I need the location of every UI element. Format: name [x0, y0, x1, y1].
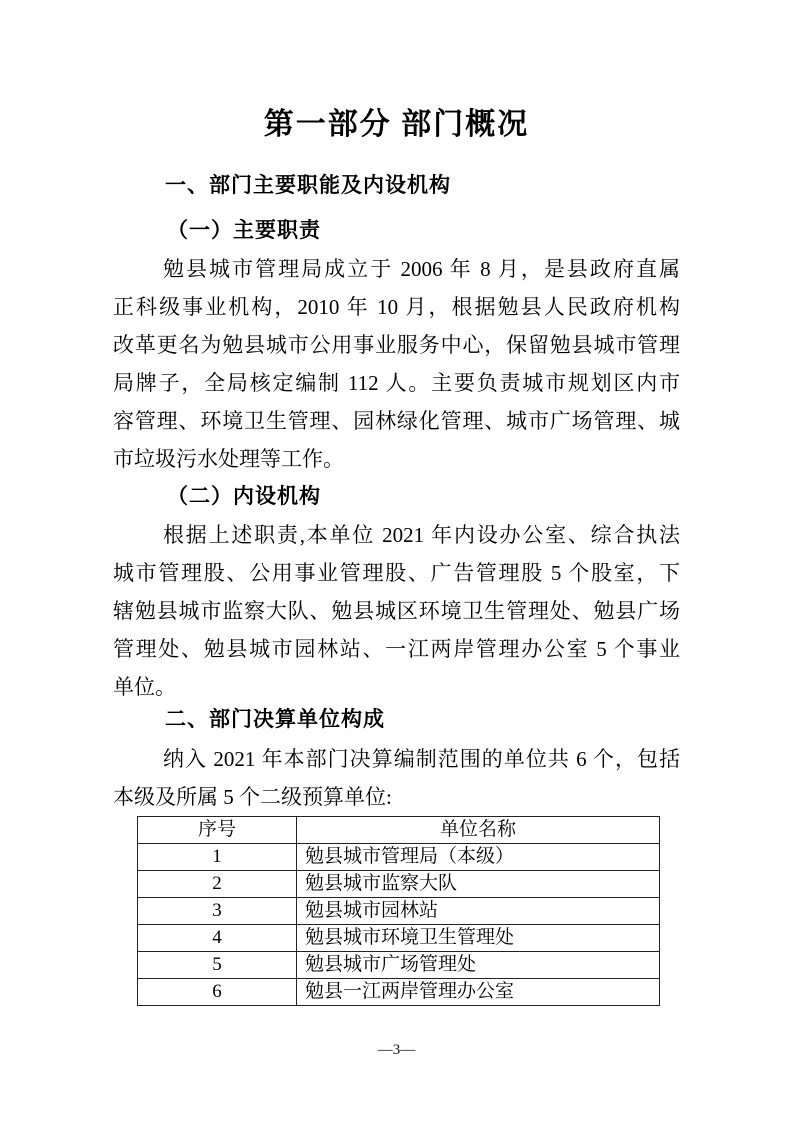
row-number-cell: 2 [138, 871, 297, 898]
document-page: 第一部分 部门概况 一、部门主要职能及内设机构 （一）主要职责 勉县城市管理局成… [0, 0, 793, 1122]
row-number-cell: 5 [138, 952, 297, 979]
units-table: 序号 单位名称 1 勉县城市管理局（本级） 2 勉县城市监察大队 3 勉县城市园… [137, 816, 660, 1006]
section-heading-2: 二、部门决算单位构成 [113, 706, 680, 734]
unit-name-cell: 勉县城市管理局（本级） [297, 844, 660, 871]
paragraph-line: 容管理、环境卫生管理、园林绿化管理、城市广场管理、城 [113, 402, 680, 440]
paragraph-line: 勉县城市管理局成立于 2006 年 8 月，是县政府直属 [113, 250, 680, 288]
table-row: 3 勉县城市园林站 [138, 898, 660, 925]
table-row: 4 勉县城市环境卫生管理处 [138, 925, 660, 952]
row-number-cell: 4 [138, 925, 297, 952]
table-header-row: 序号 单位名称 [138, 817, 660, 844]
paragraph-line: 本级及所属 5 个二级预算单位: [113, 778, 680, 816]
unit-name-cell: 勉县城市园林站 [297, 898, 660, 925]
table-header-unit-name: 单位名称 [297, 817, 660, 844]
paragraph-line: 正科级事业机构，2010 年 10 月，根据勉县人民政府机构 [113, 288, 680, 326]
paragraph-line: 市垃圾污水处理等工作。 [113, 440, 680, 478]
unit-name-cell: 勉县城市环境卫生管理处 [297, 925, 660, 952]
paragraph-line: 改革更名为勉县城市公用事业服务中心，保留勉县城市管理 [113, 326, 680, 364]
row-number-cell: 6 [138, 979, 297, 1006]
paragraph-budget-units: 纳入 2021 年本部门决算编制范围的单位共 6 个，包括 本级及所属 5 个二… [113, 740, 680, 816]
unit-name-cell: 勉县城市监察大队 [297, 871, 660, 898]
paragraph-line: 根据上述职责,本单位 2021 年内设办公室、综合执法股、 [113, 516, 680, 554]
page-number: —3— [0, 1042, 793, 1059]
paragraph-line: 辖勉县城市监察大队、勉县城区环境卫生管理处、勉县广场 [113, 592, 680, 630]
paragraph-line: 单位。 [113, 668, 680, 706]
unit-name-cell: 勉县城市广场管理处 [297, 952, 660, 979]
table-row: 6 勉县一江两岸管理办公室 [138, 979, 660, 1006]
paragraph-internal-orgs: 根据上述职责,本单位 2021 年内设办公室、综合执法股、 城市管理股、公用事业… [113, 516, 680, 706]
table-header-serial: 序号 [138, 817, 297, 844]
row-number-cell: 1 [138, 844, 297, 871]
paragraph-line: 管理处、勉县城市园林站、一江两岸管理办公室 5 个事业 [113, 630, 680, 668]
paragraph-line: 城市管理股、公用事业管理股、广告管理股 5 个股室，下 [113, 554, 680, 592]
page-title: 第一部分 部门概况 [113, 106, 680, 144]
unit-name-cell: 勉县一江两岸管理办公室 [297, 979, 660, 1006]
subsection-heading-1-1: （一）主要职责 [113, 216, 680, 244]
subsection-heading-1-2: （二）内设机构 [113, 482, 680, 510]
paragraph-line: 局牌子，全局核定编制 112 人。主要负责城市规划区内市 [113, 364, 680, 402]
table-row: 5 勉县城市广场管理处 [138, 952, 660, 979]
table-row: 2 勉县城市监察大队 [138, 871, 660, 898]
paragraph-main-duties: 勉县城市管理局成立于 2006 年 8 月，是县政府直属 正科级事业机构，201… [113, 250, 680, 478]
table-row: 1 勉县城市管理局（本级） [138, 844, 660, 871]
section-heading-1: 一、部门主要职能及内设机构 [113, 172, 680, 200]
row-number-cell: 3 [138, 898, 297, 925]
paragraph-line: 纳入 2021 年本部门决算编制范围的单位共 6 个，包括 [113, 740, 680, 778]
